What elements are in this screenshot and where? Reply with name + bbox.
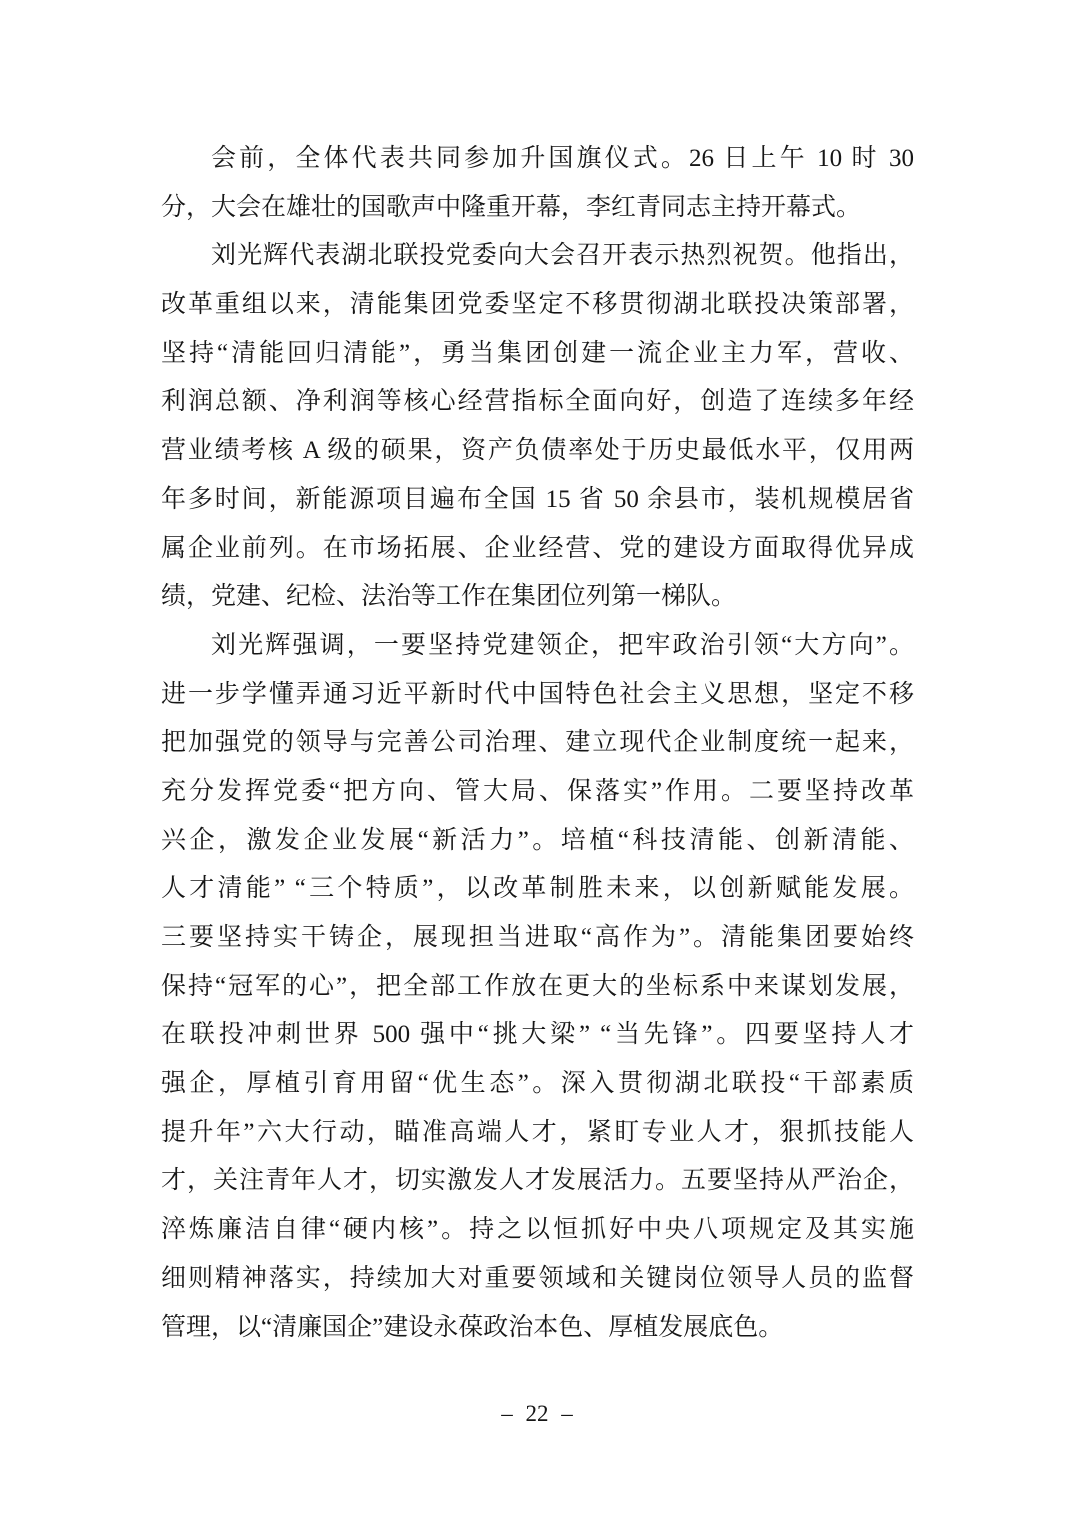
text-line: 三要坚持实干铸企，展现担当进取“高作为”。清能集团要始终 bbox=[161, 914, 914, 963]
document-page: 会前，全体代表共同参加升国旗仪式。26 日上午 10 时 30分，大会在雄壮的国… bbox=[0, 0, 1074, 1520]
text-line: 营业绩考核 A 级的硕果，资产负债率处于历史最低水平，仅用两 bbox=[161, 427, 914, 476]
text-line: 保持“冠军的心”，把全部工作放在更大的坐标系中来谋划发展， bbox=[161, 963, 914, 1012]
text-line: 在联投冲刺世界 500 强中“挑大梁” “当先锋”。四要坚持人才 bbox=[161, 1011, 914, 1060]
text-line: 改革重组以来，清能集团党委坚定不移贯彻湖北联投决策部署， bbox=[161, 281, 914, 330]
text-line: 刘光辉强调，一要坚持党建领企，把牢政治引领“大方向”。 bbox=[161, 622, 914, 671]
text-line: 把加强党的领导与完善公司治理、建立现代企业制度统一起来， bbox=[161, 719, 914, 768]
text-line: 刘光辉代表湖北联投党委向大会召开表示热烈祝贺。他指出， bbox=[161, 232, 914, 281]
text-line: 淬炼廉洁自律“硬内核”。持之以恒抓好中央八项规定及其实施 bbox=[161, 1206, 914, 1255]
text-line: 进一步学懂弄通习近平新时代中国特色社会主义思想，坚定不移 bbox=[161, 671, 914, 720]
text-line: 利润总额、净利润等核心经营指标全面向好，创造了连续多年经 bbox=[161, 378, 914, 427]
text-line: 充分发挥党委“把方向、管大局、保落实”作用。二要坚持改革 bbox=[161, 768, 914, 817]
text-line: 兴企，激发企业发展“新活力”。培植“科技清能、创新清能、 bbox=[161, 817, 914, 866]
text-line: 会前，全体代表共同参加升国旗仪式。26 日上午 10 时 30 bbox=[161, 135, 914, 184]
text-line: 属企业前列。在市场拓展、企业经营、党的建设方面取得优异成 bbox=[161, 525, 914, 574]
text-line: 绩，党建、纪检、法治等工作在集团位列第一梯队。 bbox=[161, 573, 914, 622]
text-line: 年多时间，新能源项目遍布全国 15 省 50 余县市，装机规模居省 bbox=[161, 476, 914, 525]
text-line: 细则精神落实，持续加大对重要领域和关键岗位领导人员的监督 bbox=[161, 1255, 914, 1304]
text-line: 人才清能” “三个特质”，以改革制胜未来，以创新赋能发展。 bbox=[161, 865, 914, 914]
text-line: 分，大会在雄壮的国歌声中隆重开幕，李红青同志主持开幕式。 bbox=[161, 184, 914, 233]
text-line: 才，关注青年人才，切实激发人才发展活力。五要坚持从严治企， bbox=[161, 1157, 914, 1206]
text-line: 坚持“清能回归清能”，勇当集团创建一流企业主力军，营收、 bbox=[161, 330, 914, 379]
text-line: 提升年”六大行动，瞄准高端人才，紧盯专业人才，狠抓技能人 bbox=[161, 1109, 914, 1158]
page-number: – 22 – bbox=[0, 1399, 1074, 1429]
text-line: 管理，以“清廉国企”建设永葆政治本色、厚植发展底色。 bbox=[161, 1304, 914, 1353]
text-line: 强企，厚植引育用留“优生态”。深入贯彻湖北联投“干部素质 bbox=[161, 1060, 914, 1109]
document-body: 会前，全体代表共同参加升国旗仪式。26 日上午 10 时 30分，大会在雄壮的国… bbox=[161, 135, 914, 1352]
